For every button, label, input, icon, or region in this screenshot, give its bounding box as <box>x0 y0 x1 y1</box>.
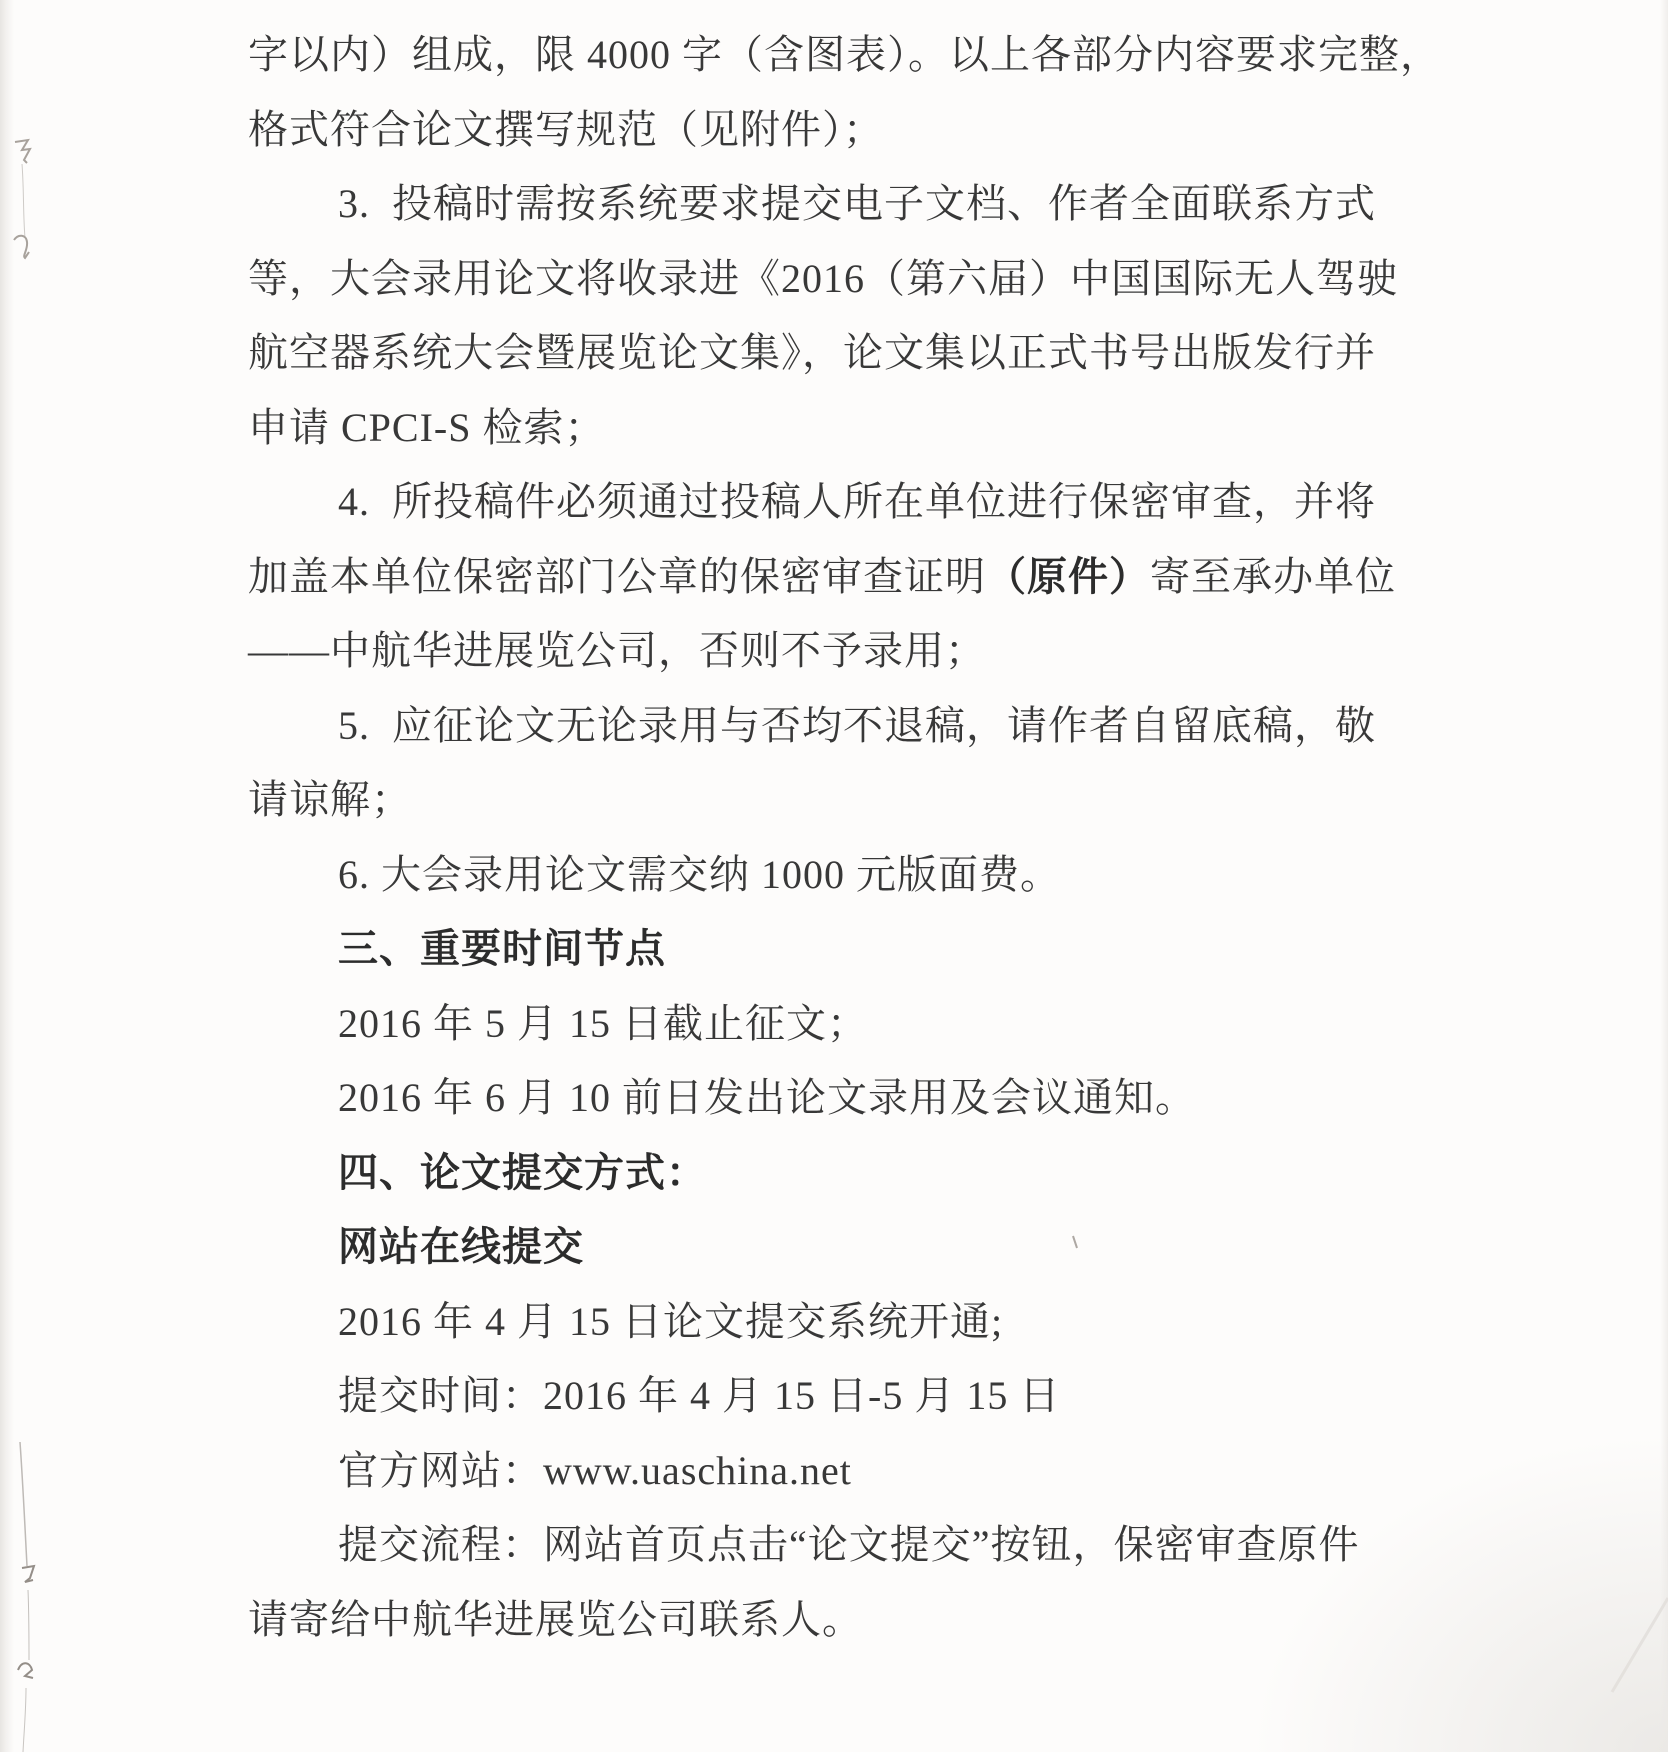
text-line-4: 等，大会录用论文将收录进《2016（第六届）中国国际无人驾驶 <box>248 242 1508 317</box>
text-line-22: 请寄给中航华进展览公司联系人。 <box>248 1583 1508 1658</box>
text-line-14: 2016 年 5 月 15 日截止征文； <box>248 987 1508 1062</box>
text-line-16: 四、论文提交方式： <box>248 1136 1508 1211</box>
text-segment: 四、论文提交方式： <box>338 1150 707 1195</box>
text-line-3: 3. 投稿时需按系统要求提交电子文档、作者全面联系方式 <box>248 167 1508 242</box>
text-segment: 2016 年 6 月 10 前日发出论文录用及会议通知。 <box>338 1075 1196 1120</box>
text-segment: 网站在线提交 <box>338 1224 584 1269</box>
text-line-2: 格式符合论文撰写规范（见附件）； <box>248 93 1508 168</box>
text-segment: 申请 CPCI-S 检索； <box>248 405 606 450</box>
text-line-15: 2016 年 6 月 10 前日发出论文录用及会议通知。 <box>248 1061 1508 1136</box>
text-segment: 等，大会录用论文将收录进《2016（第六届）中国国际无人驾驶 <box>248 256 1398 301</box>
text-line-13: 三、重要时间节点 <box>248 912 1508 987</box>
text-line-19: 提交时间：2016 年 4 月 15 日-5 月 15 日 <box>248 1359 1508 1434</box>
text-line-17: 网站在线提交 <box>248 1210 1508 1285</box>
text-line-1: 字以内）组成，限 4000 字（含图表）。以上各部分内容要求完整， <box>248 18 1508 93</box>
text-segment: 加盖本单位保密部门公章的保密审查证明 <box>248 554 986 599</box>
text-segment: 3. 投稿时需按系统要求提交电子文档、作者全面联系方式 <box>338 181 1376 226</box>
staple-mark-bottom-icon <box>18 1442 34 1752</box>
text-line-21: 提交流程：网站首页点击“论文提交”按钮，保密审查原件 <box>248 1508 1508 1583</box>
scanned-page: 字以内）组成，限 4000 字（含图表）。以上各部分内容要求完整，格式符合论文撰… <box>0 0 1668 1752</box>
text-line-10: 5. 应征论文无论录用与否均不退稿，请作者自留底稿，敬 <box>248 689 1508 764</box>
text-line-18: 2016 年 4 月 15 日论文提交系统开通; <box>248 1285 1508 1360</box>
text-segment: 三、重要时间节点 <box>338 926 666 971</box>
text-segment: 5. 应征论文无论录用与否均不退稿，请作者自留底稿，敬 <box>338 703 1376 748</box>
text-segment: 4. 所投稿件必须通过投稿人所在单位进行保密审查，并将 <box>338 479 1376 524</box>
text-segment: 6. 大会录用论文需交纳 1000 元版面费。 <box>338 852 1061 897</box>
text-segment: 字以内）组成，限 4000 字（含图表）。以上各部分内容要求完整， <box>248 32 1441 77</box>
text-segment: ——中航华进展览公司，否则不予录用； <box>248 628 986 673</box>
text-line-20: 官方网站：www.uaschina.net <box>248 1434 1508 1509</box>
text-segment: （原件） <box>986 554 1150 599</box>
text-segment: 2016 年 5 月 15 日截止征文； <box>338 1001 868 1046</box>
text-line-6: 申请 CPCI-S 检索； <box>248 391 1508 466</box>
text-segment: 官方网站：www.uaschina.net <box>338 1448 852 1493</box>
text-segment: 2016 年 4 月 15 日论文提交系统开通; <box>338 1299 1003 1344</box>
text-line-5: 航空器系统大会暨展览论文集》，论文集以正式书号出版发行并 <box>248 316 1508 391</box>
text-segment: 航空器系统大会暨展览论文集》，论文集以正式书号出版发行并 <box>248 330 1376 375</box>
scan-edge-shadow-left <box>0 0 14 1752</box>
text-segment: 寄至承办单位 <box>1150 554 1396 599</box>
text-segment: 格式符合论文撰写规范（见附件）； <box>248 107 884 152</box>
text-line-7: 4. 所投稿件必须通过投稿人所在单位进行保密审查，并将 <box>248 465 1508 540</box>
text-segment: 请谅解； <box>248 777 412 822</box>
document-body: 字以内）组成，限 4000 字（含图表）。以上各部分内容要求完整，格式符合论文撰… <box>248 18 1508 1657</box>
text-line-11: 请谅解； <box>248 763 1508 838</box>
staple-mark-top-icon <box>14 140 30 258</box>
text-segment: 提交流程：网站首页点击“论文提交”按钮，保密审查原件 <box>338 1522 1360 1567</box>
text-segment: 提交时间：2016 年 4 月 15 日-5 月 15 日 <box>338 1373 1060 1418</box>
text-segment: 请寄给中航华进展览公司联系人。 <box>248 1597 863 1642</box>
text-line-9: ——中航华进展览公司，否则不予录用； <box>248 614 1508 689</box>
text-line-8: 加盖本单位保密部门公章的保密审查证明（原件）寄至承办单位 <box>248 540 1508 615</box>
text-line-12: 6. 大会录用论文需交纳 1000 元版面费。 <box>248 838 1508 913</box>
